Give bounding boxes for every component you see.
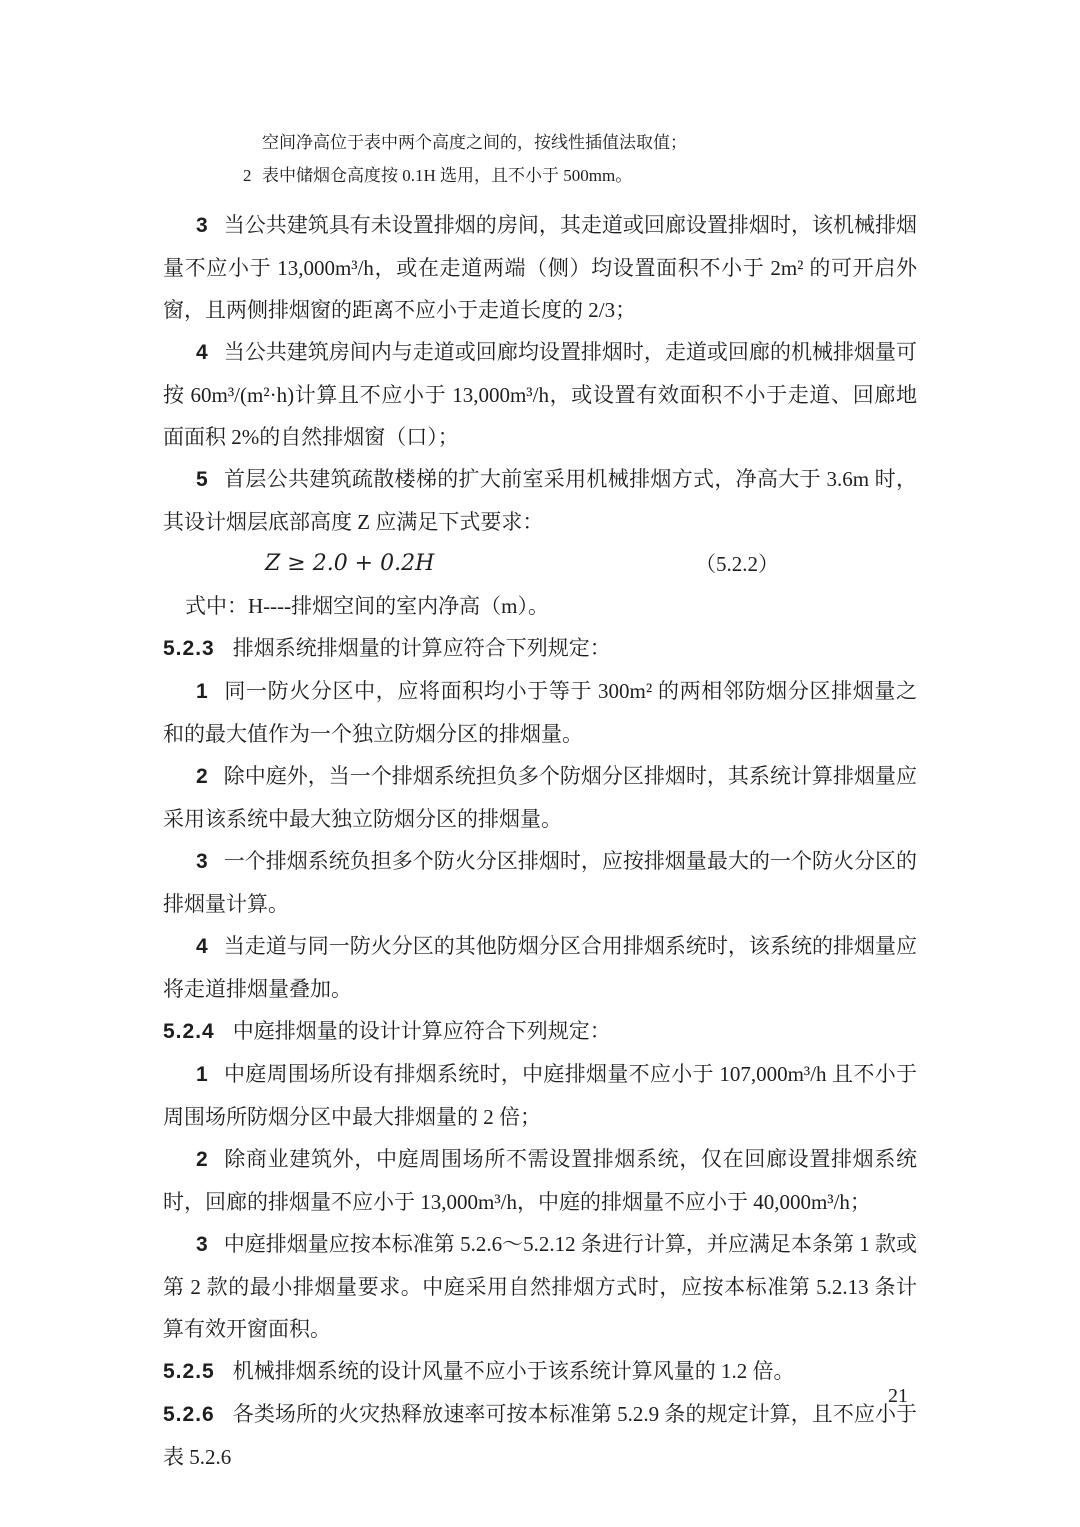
list-item: 2除商业建筑外，中庭周围场所不需设置排烟系统，仅在回廊设置排烟系统时，回廊的排烟…	[163, 1138, 917, 1223]
formula-legend: 式中：H----排烟空间的室内净高（m）。	[163, 585, 917, 627]
item-number: 3	[196, 214, 208, 237]
table-note: 空间净高位于表中两个高度之间的，按线性插值法取值；	[163, 126, 917, 159]
item-number: 2	[196, 1148, 208, 1171]
list-item: 3中庭排烟量应按本标准第 5.2.6～5.2.12 条进行计算，并应满足本条第 …	[163, 1223, 917, 1350]
formula-line: Z ≥ 2.0 + 0.2H（5.2.2）	[163, 543, 917, 585]
clause-text: 各类场所的火灾热释放速率可按本标准第 5.2.9 条的规定计算，且不应小于表 5…	[163, 1402, 917, 1469]
equation-number: （5.2.2）	[695, 543, 779, 585]
item-text: 当公共建筑房间内与走道或回廊均设置排烟时，走道或回廊的机械排烟量可按 60m³/…	[163, 340, 917, 449]
item-text: 中庭排烟量应按本标准第 5.2.6～5.2.12 条进行计算，并应满足本条第 1…	[163, 1232, 917, 1341]
clause-number: 5.2.4	[163, 1020, 215, 1043]
list-item: 2除中庭外，当一个排烟系统担负多个防烟分区排烟时，其系统计算排烟量应采用该系统中…	[163, 755, 917, 840]
item-number: 5	[196, 468, 208, 491]
item-text: 同一防火分区中，应将面积均小于等于 300m² 的两相邻防烟分区排烟量之和的最大…	[163, 679, 917, 746]
item-number: 1	[196, 1063, 208, 1086]
clause-text: 中庭排烟量的设计计算应符合下列规定：	[233, 1019, 611, 1043]
list-item: 4当走道与同一防火分区的其他防烟分区合用排烟系统时，该系统的排烟量应将走道排烟量…	[163, 925, 917, 1010]
item-number: 1	[196, 680, 208, 703]
clause-heading: 5.2.5机械排烟系统的设计风量不应小于该系统计算风量的 1.2 倍。	[163, 1350, 917, 1393]
page-content: 空间净高位于表中两个高度之间的，按线性插值法取值；2表中储烟仓高度按 0.1H …	[163, 126, 917, 1478]
list-item: 3当公共建筑具有未设置排烟的房间，其走道或回廊设置排烟时，该机械排烟量不应小于 …	[163, 204, 917, 331]
list-item: 1中庭周围场所设有排烟系统时，中庭排烟量不应小于 107,000m³/h 且不小…	[163, 1053, 917, 1138]
item-text: 除商业建筑外，中庭周围场所不需设置排烟系统，仅在回廊设置排烟系统时，回廊的排烟量…	[163, 1147, 917, 1214]
item-text: 当公共建筑具有未设置排烟的房间，其走道或回廊设置排烟时，该机械排烟量不应小于 1…	[163, 213, 917, 322]
item-number: 4	[196, 935, 208, 958]
clause-text: 机械排烟系统的设计风量不应小于该系统计算风量的 1.2 倍。	[233, 1359, 795, 1383]
item-text: 除中庭外，当一个排烟系统担负多个防烟分区排烟时，其系统计算排烟量应采用该系统中最…	[163, 764, 917, 831]
clause-number: 5.2.6	[163, 1403, 215, 1426]
clause-heading: 5.2.3排烟系统排烟量的计算应符合下列规定：	[163, 627, 917, 670]
table-notes-block: 空间净高位于表中两个高度之间的，按线性插值法取值；2表中储烟仓高度按 0.1H …	[163, 126, 917, 192]
page-number: 21	[888, 1385, 908, 1408]
document-page: 空间净高位于表中两个高度之间的，按线性插值法取值；2表中储烟仓高度按 0.1H …	[0, 0, 1080, 1527]
note-text: 空间净高位于表中两个高度之间的，按线性插值法取值；	[262, 133, 687, 152]
item-text: 首层公共建筑疏散楼梯的扩大前室采用机械排烟方式，净高大于 3.6m 时，其设计烟…	[163, 467, 917, 534]
clause-heading: 5.2.6各类场所的火灾热释放速率可按本标准第 5.2.9 条的规定计算，且不应…	[163, 1393, 917, 1478]
list-item: 3一个排烟系统负担多个防火分区排烟时，应按排烟量最大的一个防火分区的排烟量计算。	[163, 840, 917, 925]
list-item: 4当公共建筑房间内与走道或回廊均设置排烟时，走道或回廊的机械排烟量可按 60m³…	[163, 331, 917, 458]
item-text: 当走道与同一防火分区的其他防烟分区合用排烟系统时，该系统的排烟量应将走道排烟量叠…	[163, 934, 917, 1001]
item-number: 4	[196, 341, 208, 364]
item-text: 中庭周围场所设有排烟系统时，中庭排烟量不应小于 107,000m³/h 且不小于…	[163, 1062, 917, 1129]
clause-heading: 5.2.4中庭排烟量的设计计算应符合下列规定：	[163, 1010, 917, 1053]
item-number: 2	[196, 765, 208, 788]
note-number: 2	[243, 159, 262, 192]
item-text: 一个排烟系统负担多个防火分区排烟时，应按排烟量最大的一个防火分区的排烟量计算。	[163, 849, 917, 916]
note-text: 表中储烟仓高度按 0.1H 选用，且不小于 500mm。	[262, 166, 632, 185]
formula-expression: Z ≥ 2.0 + 0.2H	[265, 543, 434, 585]
list-item: 1同一防火分区中，应将面积均小于等于 300m² 的两相邻防烟分区排烟量之和的最…	[163, 670, 917, 755]
table-note: 2表中储烟仓高度按 0.1H 选用，且不小于 500mm。	[163, 159, 917, 192]
list-item: 5首层公共建筑疏散楼梯的扩大前室采用机械排烟方式，净高大于 3.6m 时，其设计…	[163, 458, 917, 543]
item-number: 3	[196, 1233, 208, 1256]
clause-number: 5.2.5	[163, 1360, 215, 1383]
clause-number: 5.2.3	[163, 637, 215, 660]
item-number: 3	[196, 850, 208, 873]
clause-text: 排烟系统排烟量的计算应符合下列规定：	[233, 636, 611, 660]
